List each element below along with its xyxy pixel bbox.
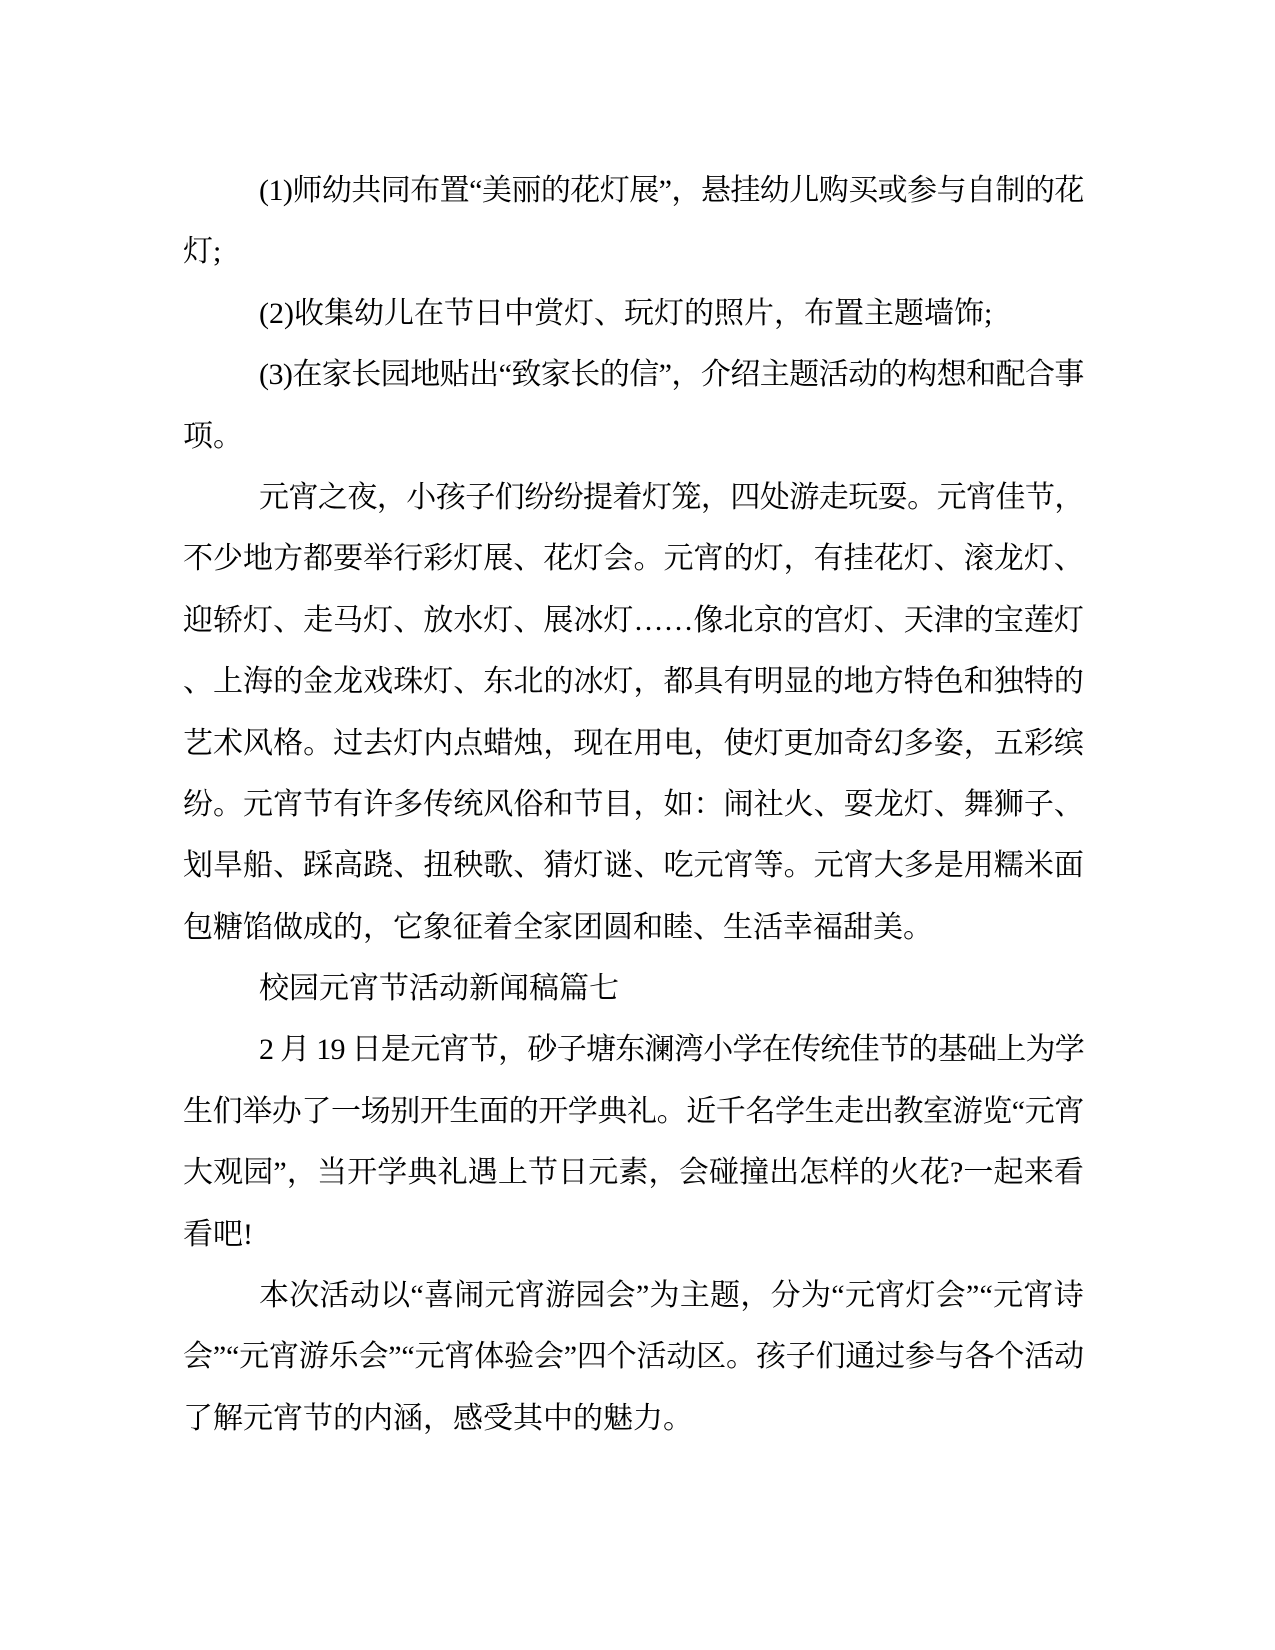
text-line: 看吧! [183,1204,1084,1265]
text-line-content: 迎轿灯、走马灯、放水灯、展冰灯……像北京的宫灯、天津的宝莲灯 [183,590,1084,651]
text-line-content: (1)师幼共同布置“美丽的花灯展”，悬挂幼儿购买或参与自制的花 [259,160,1084,221]
text-line: 项。 [183,406,1084,467]
text-line-content: 看吧! [183,1204,253,1265]
text-line: 灯; [183,221,1084,282]
text-line-content: 本次活动以“喜闹元宵游园会”为主题，分为“元宵灯会”“元宵诗 [259,1265,1084,1326]
text-line: 校园元宵节活动新闻稿篇七 [183,958,1084,1019]
text-line: 生们举办了一场别开生面的开学典礼。近千名学生走出教室游览“元宵 [183,1081,1084,1142]
text-line: 纷。元宵节有许多传统风俗和节目，如：闹社火、耍龙灯、舞狮子、 [183,774,1084,835]
text-line-content: 大观园”，当开学典礼遇上节日元素，会碰撞出怎样的火花?一起来看 [183,1142,1084,1203]
text-line: 、上海的金龙戏珠灯、东北的冰灯，都具有明显的地方特色和独特的 [183,651,1084,712]
text-line-content: 校园元宵节活动新闻稿篇七 [259,958,619,1019]
text-line-content: 项。 [183,406,243,467]
text-line: 2 月 19 日是元宵节，砂子塘东澜湾小学在传统佳节的基础上为学 [183,1019,1084,1080]
text-line: 了解元宵节的内涵，感受其中的魅力。 [183,1388,1084,1449]
text-line: (3)在家长园地贴出“致家长的信”，介绍主题活动的构想和配合事 [183,344,1084,405]
text-line-content: 不少地方都要举行彩灯展、花灯会。元宵的灯，有挂花灯、滚龙灯、 [183,528,1084,589]
text-line: 会”“元宵游乐会”“元宵体验会”四个活动区。孩子们通过参与各个活动 [183,1326,1084,1387]
text-line-content: 2 月 19 日是元宵节，砂子塘东澜湾小学在传统佳节的基础上为学 [259,1019,1084,1080]
text-line-content: 、上海的金龙戏珠灯、东北的冰灯，都具有明显的地方特色和独特的 [183,651,1084,712]
text-line-content: 划旱船、踩高跷、扭秧歌、猜灯谜、吃元宵等。元宵大多是用糯米面 [183,835,1084,896]
text-line: 划旱船、踩高跷、扭秧歌、猜灯谜、吃元宵等。元宵大多是用糯米面 [183,835,1084,896]
text-line: (1)师幼共同布置“美丽的花灯展”，悬挂幼儿购买或参与自制的花 [183,160,1084,221]
text-line: (2)收集幼儿在节日中赏灯、玩灯的照片，布置主题墙饰; [183,283,1084,344]
text-line-content: 了解元宵节的内涵，感受其中的魅力。 [183,1388,693,1449]
text-line-content: 纷。元宵节有许多传统风俗和节目，如：闹社火、耍龙灯、舞狮子、 [183,774,1084,835]
text-line: 包糖馅做成的，它象征着全家团圆和睦、生活幸福甜美。 [183,897,1084,958]
text-line: 元宵之夜，小孩子们纷纷提着灯笼，四处游走玩耍。元宵佳节， [183,467,1084,528]
text-line: 本次活动以“喜闹元宵游园会”为主题，分为“元宵灯会”“元宵诗 [183,1265,1084,1326]
text-line: 艺术风格。过去灯内点蜡烛，现在用电，使灯更加奇幻多姿，五彩缤 [183,713,1084,774]
text-line-content: 元宵之夜，小孩子们纷纷提着灯笼，四处游走玩耍。元宵佳节， [259,467,1084,528]
text-line: 不少地方都要举行彩灯展、花灯会。元宵的灯，有挂花灯、滚龙灯、 [183,528,1084,589]
text-line-content: (3)在家长园地贴出“致家长的信”，介绍主题活动的构想和配合事 [259,344,1084,405]
text-line-content: 生们举办了一场别开生面的开学典礼。近千名学生走出教室游览“元宵 [183,1081,1084,1142]
document-text: (1)师幼共同布置“美丽的花灯展”，悬挂幼儿购买或参与自制的花灯;(2)收集幼儿… [183,160,1084,1449]
text-line-content: 包糖馅做成的，它象征着全家团圆和睦、生活幸福甜美。 [183,897,933,958]
document-page: (1)师幼共同布置“美丽的花灯展”，悬挂幼儿购买或参与自制的花灯;(2)收集幼儿… [0,0,1275,1650]
text-line-content: 会”“元宵游乐会”“元宵体验会”四个活动区。孩子们通过参与各个活动 [183,1326,1084,1387]
text-line: 大观园”，当开学典礼遇上节日元素，会碰撞出怎样的火花?一起来看 [183,1142,1084,1203]
text-line-content: 灯; [183,221,221,282]
text-line-content: (2)收集幼儿在节日中赏灯、玩灯的照片，布置主题墙饰; [259,283,992,344]
text-line-content: 艺术风格。过去灯内点蜡烛，现在用电，使灯更加奇幻多姿，五彩缤 [183,713,1084,774]
text-line: 迎轿灯、走马灯、放水灯、展冰灯……像北京的宫灯、天津的宝莲灯 [183,590,1084,651]
